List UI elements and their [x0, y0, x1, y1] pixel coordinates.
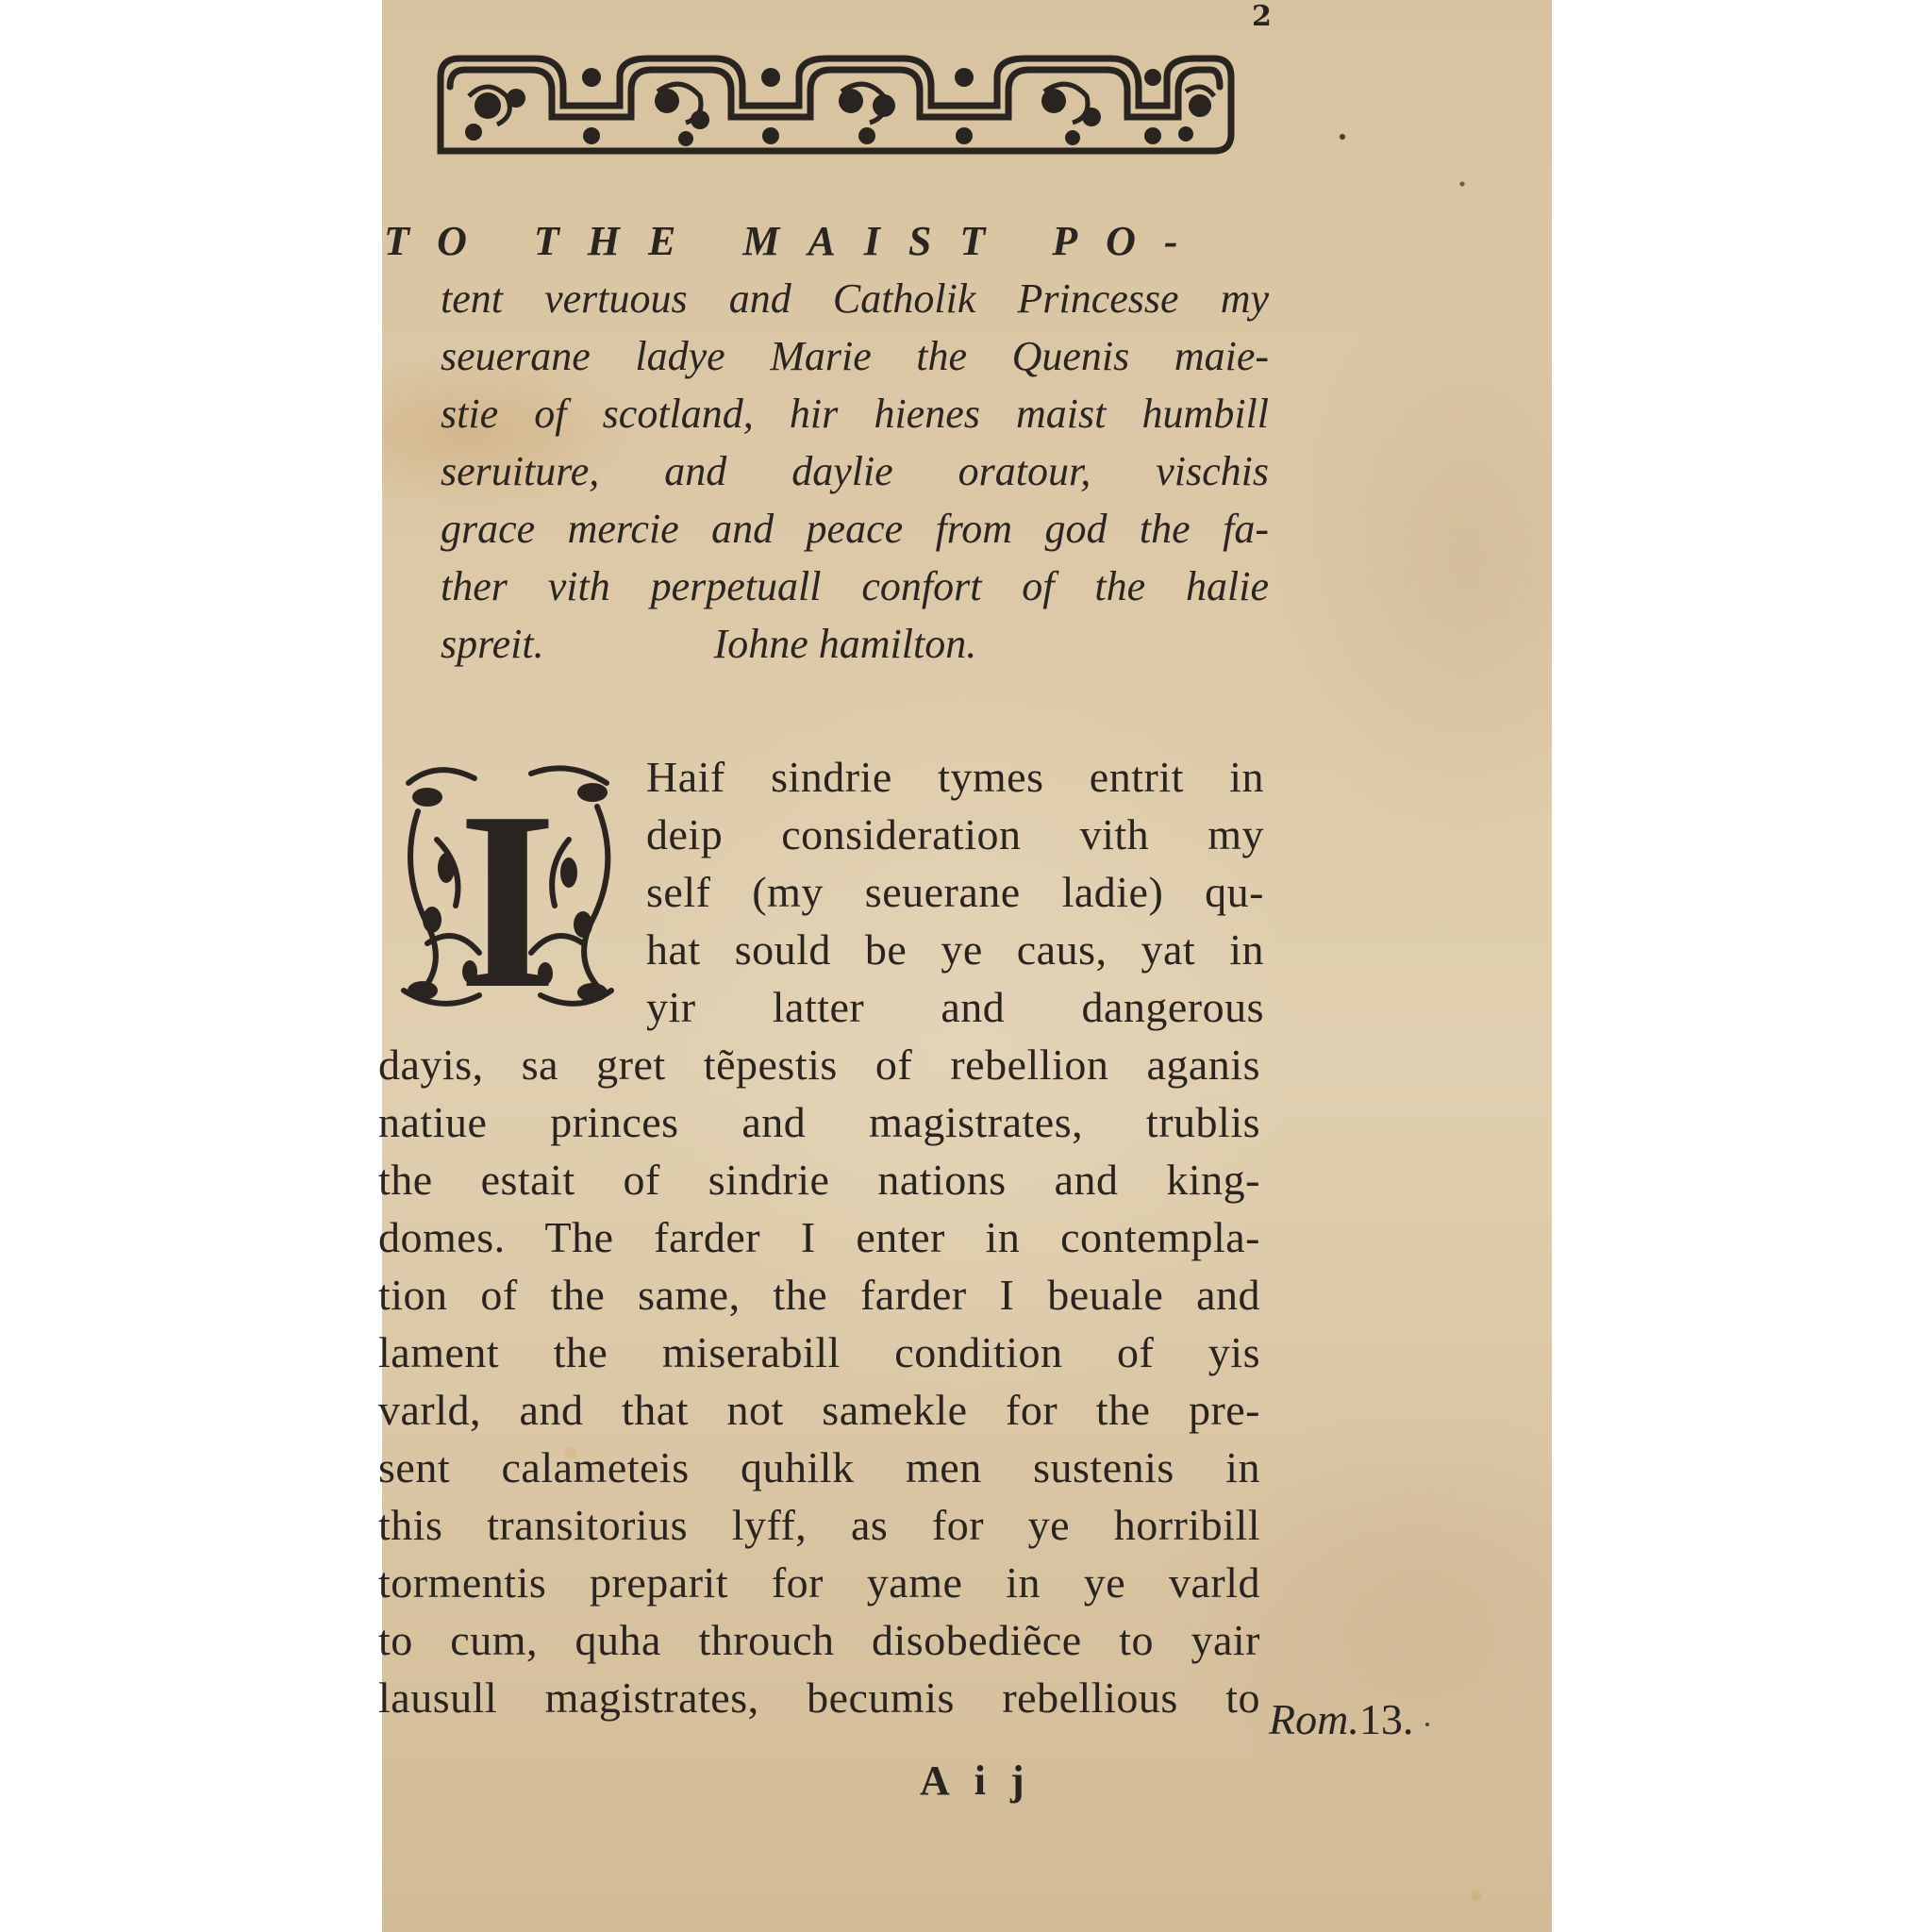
- body-line: lausull magistrates, becumis rebellious …: [378, 1669, 1260, 1726]
- body-line: varld, and that not samekle for the pre-: [378, 1381, 1260, 1439]
- author-signature: Iohne hamilton.: [714, 621, 977, 667]
- body-line: sent calameteis quhilk men sustenis in: [378, 1439, 1260, 1496]
- body-line: domes. The farder I enter in contempla-: [378, 1208, 1260, 1266]
- dedication-line: tent vertuous and Catholik Princesse my: [382, 270, 1269, 327]
- dedication-line: seuerane ladye Marie the Quenis maie-: [382, 327, 1269, 385]
- body-line: hat sould be ye caus, yat in: [382, 921, 1264, 978]
- margin-note-book: Rom.: [1269, 1695, 1359, 1743]
- page-number: 2: [1252, 0, 1272, 33]
- marginal-scripture-reference: Rom.13.: [1269, 1690, 1413, 1748]
- body-line: lament the miserabill condition of yis: [378, 1324, 1260, 1381]
- dedication-heading-caps: TO THE MAIST PO-: [382, 212, 1269, 270]
- body-line: self (my seuerane ladie) qu-: [382, 863, 1264, 921]
- body-line: dayis, sa gret tẽpestis of rebellion aga…: [378, 1036, 1260, 1093]
- body-line: this transitorius lyff, as for ye horrib…: [378, 1496, 1260, 1554]
- headpiece-ornament-icon: [431, 49, 1241, 160]
- dedication-last-word: spreit.: [441, 621, 544, 667]
- body-line: the estait of sindrie nations and king-: [378, 1151, 1260, 1208]
- dedication-line: grace mercie and peace from god the fa-: [382, 500, 1269, 558]
- dedication-line: ther vith perpetuall confort of the hali…: [382, 558, 1269, 615]
- dedication-last-line: spreit.Iohne hamilton.: [382, 615, 1269, 673]
- printer-signature-mark: Aij: [920, 1752, 1049, 1809]
- body-text: Haif sindrie tymes entrit in deip consid…: [382, 748, 1269, 1726]
- dedication-heading: TO THE MAIST PO- tent vertuous and Catho…: [382, 212, 1269, 673]
- signature-number: ij: [974, 1757, 1049, 1804]
- body-line: to cum, quha throuch disobediẽce to yair: [378, 1611, 1260, 1669]
- margin-note-chapter: 13.: [1359, 1695, 1414, 1743]
- dedication-line: seruiture, and daylie oratour, vischis: [382, 442, 1269, 500]
- book-page: 2 TO THE MAIST PO- tent vertuous and Ca: [382, 0, 1552, 1932]
- body-line: natiue princes and magistrates, trublis: [378, 1093, 1260, 1151]
- body-line: tion of the same, the farder I beuale an…: [378, 1266, 1260, 1324]
- body-line: deip consideration vith my: [382, 806, 1264, 863]
- body-line: yir latter and dangerous: [382, 978, 1264, 1036]
- body-line: Haif sindrie tymes entrit in: [382, 748, 1264, 806]
- body-line: tormentis preparit for yame in ye varld: [378, 1554, 1260, 1611]
- dedication-line: stie of scotland, hir hienes maist humbi…: [382, 385, 1269, 442]
- signature-letter: A: [920, 1757, 974, 1804]
